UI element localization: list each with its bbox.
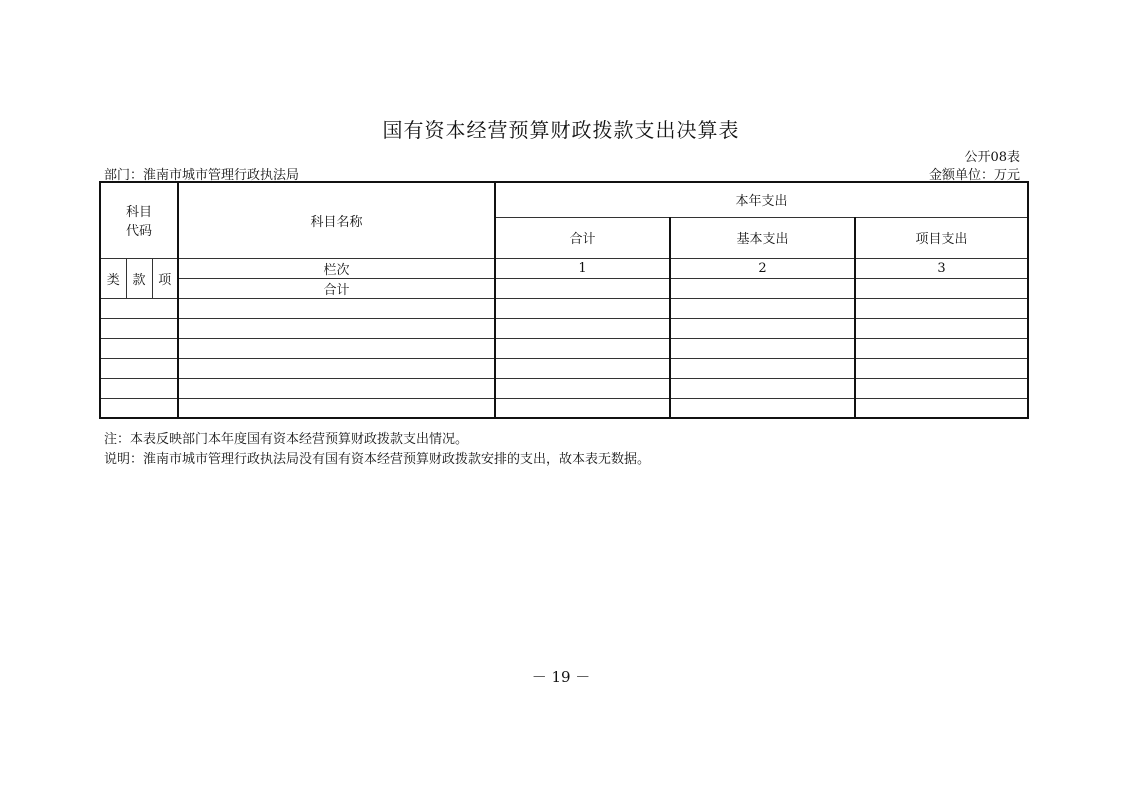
column-index-2: 2	[670, 258, 855, 278]
column-index-label: 栏次	[178, 258, 495, 278]
header-total: 合计	[495, 217, 670, 258]
page-title: 国有资本经营预算财政拨款支出决算表	[0, 114, 1122, 143]
header-project: 项目支出	[855, 217, 1028, 258]
table-row	[100, 318, 1028, 338]
header-section: 款	[126, 258, 152, 298]
form-number: 公开08表	[964, 146, 1020, 165]
column-index-1: 1	[495, 258, 670, 278]
total-basic	[670, 278, 855, 298]
header-item: 项	[152, 258, 178, 298]
total-label: 合计	[178, 278, 495, 298]
header-subject-name: 科目名称	[178, 182, 495, 258]
total-sum	[495, 278, 670, 298]
table-row	[100, 298, 1028, 318]
column-index-3: 3	[855, 258, 1028, 278]
header-subject-code: 科目 代码	[100, 182, 178, 258]
header-basic: 基本支出	[670, 217, 855, 258]
total-project	[855, 278, 1028, 298]
header-category: 类	[100, 258, 126, 298]
table-note: 注：本表反映部门本年度国有资本经营预算财政拨款支出情况。	[104, 428, 468, 447]
table-row	[100, 338, 1028, 358]
table-row	[100, 378, 1028, 398]
expenditure-table: 科目 代码 科目名称 本年支出 合计 基本支出 项目支出 类 款 项 栏次 1 …	[99, 181, 1029, 419]
page-number: － 19 －	[0, 666, 1122, 687]
table-row	[100, 398, 1028, 418]
table-explanation: 说明：淮南市城市管理行政执法局没有国有资本经营预算财政拨款安排的支出，故本表无数…	[104, 448, 650, 467]
header-current-year: 本年支出	[495, 182, 1028, 217]
table-row	[100, 358, 1028, 378]
